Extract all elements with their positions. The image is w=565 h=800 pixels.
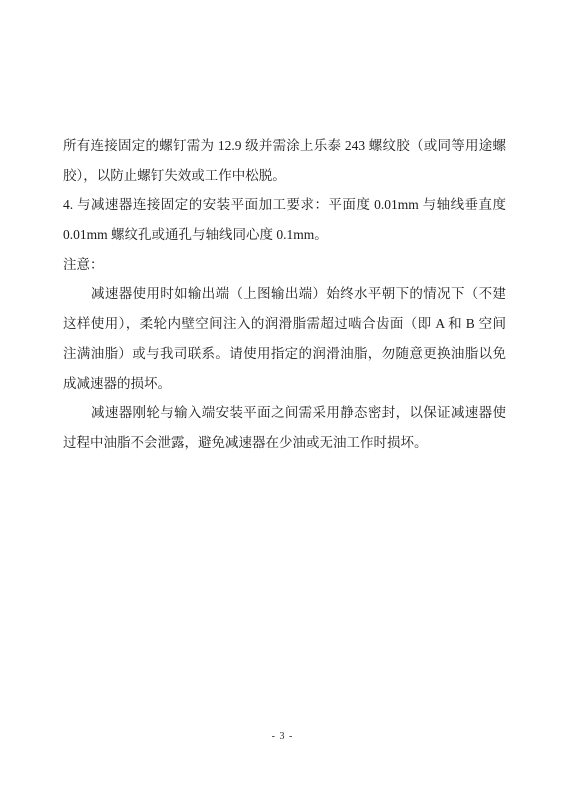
page-footer: - 3 - — [0, 731, 565, 742]
text-line: 注满油脂）或与我司联系。请使用指定的润滑油脂，勿随意更换油脂以免造 — [63, 339, 506, 369]
text-line: 成减速器的损坏。 — [63, 369, 506, 399]
paragraph-grease-filling: 减速器使用时如输出端（上图输出端）始终水平朝下的情况下（不建议 这样使用），柔轮… — [63, 279, 506, 398]
text-line: 0.01mm 螺纹孔或通孔与轴线同心度 0.1mm。 — [63, 220, 506, 250]
paragraph-static-seal: 减速器刚轮与输入端安装平面之间需采用静态密封，以保证减速器使用 过程中油脂不会泄… — [63, 398, 506, 457]
text-line: 4. 与减速器连接固定的安装平面加工要求：平面度 0.01mm 与轴线垂直度 — [63, 190, 506, 220]
text-line: 过程中油脂不会泄露，避免减速器在少油或无油工作时损坏。 — [63, 428, 506, 458]
text-content: 所有连接固定的螺钉需为 12.9 级并需涂上乐泰 243 螺纹胶（或同等用途螺纹… — [63, 131, 506, 458]
text-line: 注意： — [63, 250, 506, 280]
paragraph-screw-fixing: 所有连接固定的螺钉需为 12.9 级并需涂上乐泰 243 螺纹胶（或同等用途螺纹… — [63, 131, 506, 190]
document-page: 所有连接固定的螺钉需为 12.9 级并需涂上乐泰 243 螺纹胶（或同等用途螺纹… — [0, 0, 565, 800]
notice-heading: 注意： — [63, 250, 506, 280]
text-line: 减速器使用时如输出端（上图输出端）始终水平朝下的情况下（不建议 — [63, 279, 506, 309]
paragraph-mounting-requirements: 4. 与减速器连接固定的安装平面加工要求：平面度 0.01mm 与轴线垂直度 0… — [63, 190, 506, 249]
page-number: - 3 - — [272, 731, 294, 742]
text-line: 减速器刚轮与输入端安装平面之间需采用静态密封，以保证减速器使用 — [63, 398, 506, 428]
text-line: 所有连接固定的螺钉需为 12.9 级并需涂上乐泰 243 螺纹胶（或同等用途螺纹 — [63, 131, 506, 161]
text-line: 这样使用），柔轮内壁空间注入的润滑脂需超过啮合齿面（即 A 和 B 空间须 — [63, 309, 506, 339]
text-line: 胶），以防止螺钉失效或工作中松脱。 — [63, 161, 506, 191]
